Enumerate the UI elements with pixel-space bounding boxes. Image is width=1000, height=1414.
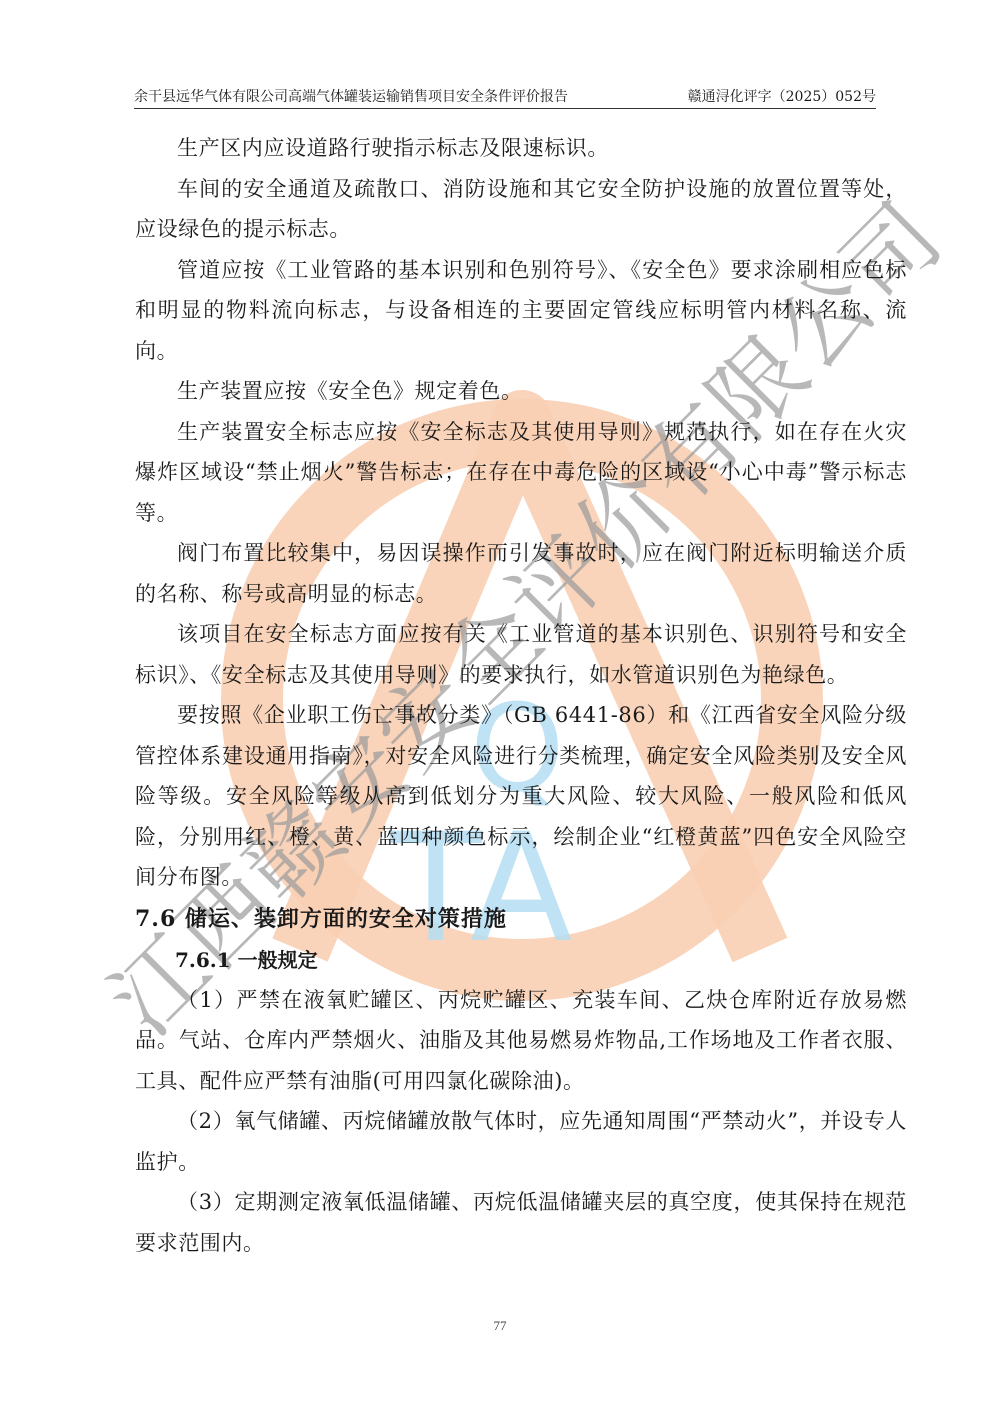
list-item: （1）严禁在液氧贮罐区、丙烷贮罐区、充装车间、乙炔仓库附近存放易燃品。气站、仓库… <box>135 980 907 1102</box>
list-item: （2）氧气储罐、丙烷储罐放散气体时，应先通知周围“严禁动火”，并设专人监护。 <box>135 1101 907 1182</box>
report-number: 赣通浔化评字（2025）052号 <box>688 86 876 106</box>
report-title: 余干县远华气体有限公司高端气体罐装运输销售项目安全条件评价报告 <box>134 86 568 106</box>
paragraph: 该项目在安全标志方面应按有关《工业管道的基本识别色、识别符号和安全标识》、《安全… <box>135 614 907 695</box>
paragraph: 管道应按《工业管路的基本识别和色别符号》、《安全色》要求涂刷相应色标和明显的物料… <box>135 250 907 372</box>
paragraph: 生产区内应设道路行驶指示标志及限速标识。 <box>135 128 907 169</box>
document-body: 生产区内应设道路行驶指示标志及限速标识。 车间的安全通道及疏散口、消防设施和其它… <box>135 128 907 1263</box>
paragraph: 生产装置应按《安全色》规定着色。 <box>135 371 907 412</box>
page-number: 77 <box>0 1318 1000 1334</box>
list-item: （3）定期测定液氧低温储罐、丙烷低温储罐夹层的真空度，使其保持在规范要求范围内。 <box>135 1182 907 1263</box>
subsection-heading: 7.6.1 一般规定 <box>135 940 907 980</box>
paragraph: 阀门布置比较集中，易因误操作而引发事故时，应在阀门附近标明输送介质的名称、称号或… <box>135 533 907 614</box>
section-heading: 7.6 储运、装卸方面的安全对策措施 <box>135 898 907 940</box>
paragraph: 车间的安全通道及疏散口、消防设施和其它安全防护设施的放置位置等处，应设绿色的提示… <box>135 169 907 250</box>
paragraph: 要按照《企业职工伤亡事故分类》（GB 6441-86）和《江西省安全风险分级管控… <box>135 695 907 898</box>
paragraph: 生产装置安全标志应按《安全标志及其使用导则》规范执行，如在存在火灾爆炸区域设“禁… <box>135 412 907 534</box>
page-header: 余干县远华气体有限公司高端气体罐装运输销售项目安全条件评价报告 赣通浔化评字（2… <box>134 80 876 109</box>
